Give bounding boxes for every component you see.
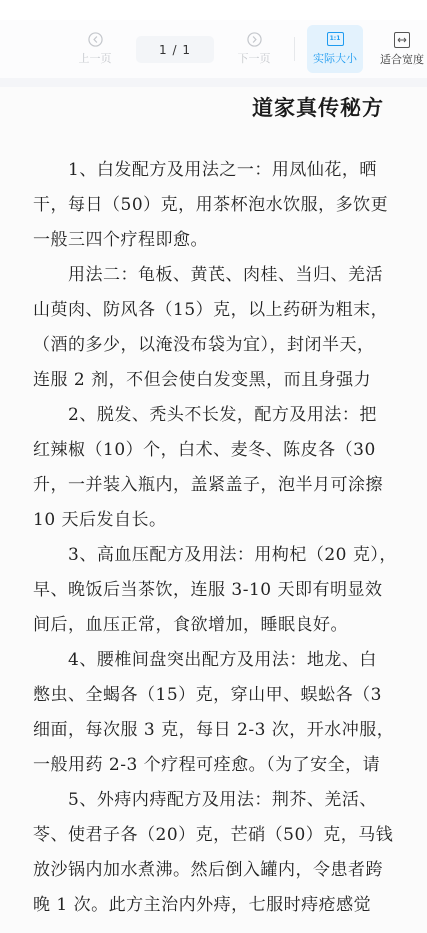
- toolbar-divider: [294, 37, 295, 61]
- chevron-right-circle-icon: [247, 32, 262, 47]
- actual-size-button[interactable]: 1:1 实际大小: [307, 25, 363, 73]
- viewer-background-strip: [0, 78, 427, 87]
- text-line: 苓、使君子各（20）克，芒硝（50）克，马钱: [33, 820, 393, 845]
- document-title: 道家真传秘方: [252, 92, 384, 122]
- page-indicator-text: 1 / 1: [159, 43, 191, 57]
- text-line: 早、晚饭后当茶饮，连服 3-10 天即有明显效: [33, 575, 383, 600]
- chevron-left-circle-icon: [88, 32, 103, 47]
- text-line: 一般用药 2-3 个疗程可痊愈。（为了安全，请: [33, 750, 380, 775]
- fit-width-button[interactable]: 适合宽度: [376, 25, 427, 73]
- text-line: 2、脱发、秃头不长发，配方及用法：把: [68, 400, 377, 425]
- text-line: 10 天后发自长。: [33, 505, 167, 530]
- text-line: 细面，每次服 3 克，每日 2-3 次，开水冲服，: [33, 715, 394, 740]
- text-line: 间后，血压正常，食欲增加，睡眠良好。: [33, 610, 348, 635]
- actual-size-icon: 1:1: [327, 32, 344, 46]
- next-page-button[interactable]: 下一页: [232, 24, 276, 74]
- next-page-label: 下一页: [238, 50, 271, 66]
- text-line: 山萸肉、防风各（15）克，以上药研为粗末，: [33, 295, 388, 320]
- text-line: 4、腰椎间盘突出配方及用法：地龙、白: [68, 645, 377, 670]
- text-line: 晚 1 次。此方主治内外痔，七服时痔疮感觉: [33, 890, 371, 915]
- text-line: 放沙锅内加水煮沸。然后倒入罐内，令患者跨: [33, 855, 383, 880]
- text-line: 用法二：龟板、黄芪、肉桂、当归、羌活: [68, 260, 383, 285]
- text-line: 干，每日（50）克，用茶杯泡水饮服，多饮更: [33, 190, 388, 215]
- text-line: 憋虫、全蝎各（15）克，穿山甲、蜈蚣各（3: [33, 680, 382, 705]
- text-line: 1、白发配方及用法之一：用凤仙花，晒: [68, 155, 377, 180]
- prev-page-label: 上一页: [79, 50, 112, 66]
- text-line: 3、高血压配方及用法：用枸杞（20 克），: [68, 540, 397, 565]
- fit-width-icon: [394, 32, 410, 48]
- actual-size-label: 实际大小: [313, 50, 357, 66]
- text-line: 5、外痔内痔配方及用法：荆芥、羌活、: [68, 785, 377, 810]
- prev-page-button[interactable]: 上一页: [73, 24, 117, 74]
- text-line: （酒的多少，以淹没布袋为宜），封闭半天，: [33, 330, 375, 355]
- top-spacer: [0, 0, 427, 20]
- document-page: 道家真传秘方 1、白发配方及用法之一：用凤仙花，晒 干，每日（50）克，用茶杯泡…: [0, 87, 427, 933]
- text-line: 一般三四个疗程即愈。: [33, 225, 208, 250]
- text-line: 连服 2 剂，不但会使白发变黑，而且身强力: [33, 365, 371, 390]
- text-line: 红辣椒（10）个，白术、麦冬、陈皮各（30: [33, 435, 376, 460]
- page-indicator[interactable]: 1 / 1: [136, 36, 214, 63]
- text-line: 升，一并装入瓶内，盖紧盖子，泡半月可涂擦: [33, 470, 383, 495]
- fit-width-label: 适合宽度: [380, 51, 424, 67]
